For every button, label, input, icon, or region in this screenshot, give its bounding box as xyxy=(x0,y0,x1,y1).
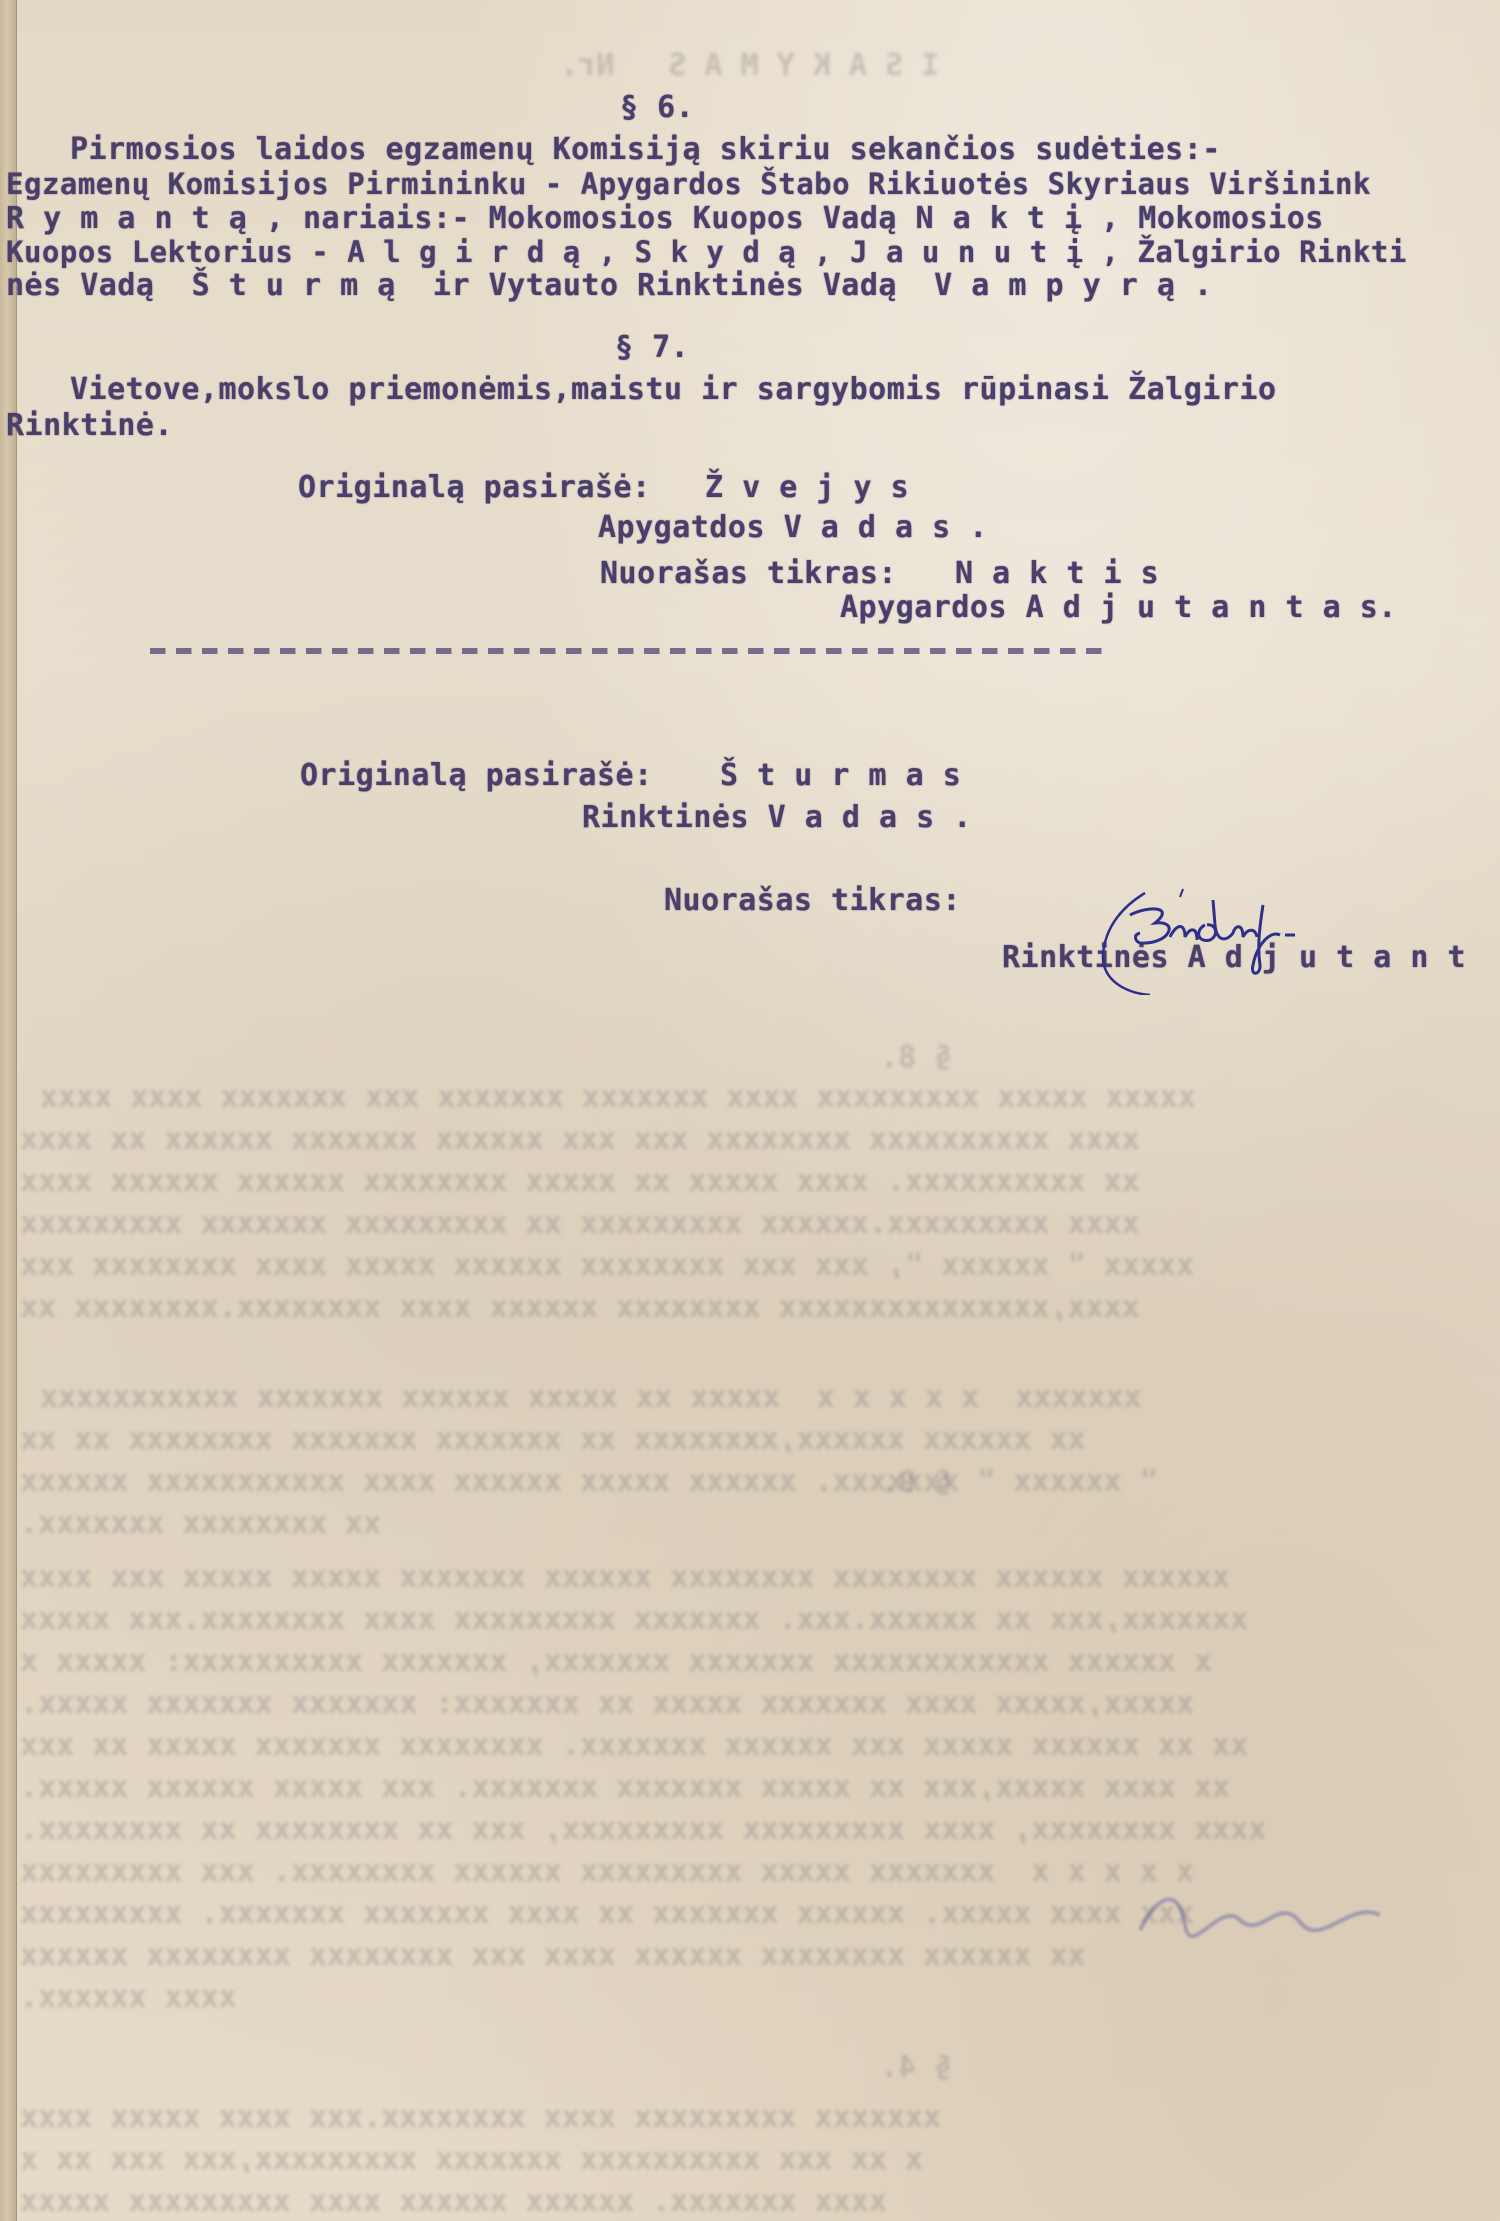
bleed-through-line: xxxx xxxxxxxxxx xxxxxxxx xxx xxx xxxxxx … xyxy=(20,1122,1140,1157)
original-signer-title-1: Apygatdos V a d a s . xyxy=(598,510,988,545)
bleed-through-line: x xxxxxx xxxxxxxxxxxx xxxxxxx xxxxxxx, x… xyxy=(20,1644,1212,1679)
bleed-through-signature-icon xyxy=(1130,1880,1390,1950)
bleed-through-line: xxxxxxx,xxx xx xxxxxx.xxx. xxxxxxx xxxxx… xyxy=(20,1602,1248,1637)
bleed-through-line: xxxxxxx xxxxxxxxx xxxx xxxxxxxx.xxx xxxx… xyxy=(20,2100,941,2135)
bleed-through-section-marker: § 9. xyxy=(880,1465,952,1500)
section-6-line-1: Pirmosios laidos egzamenų Komisiją skiri… xyxy=(70,132,1221,167)
bleed-through-line: xxxx,xxxxxxxxxxxxxxx xxxxxxxx xxxxxx xxx… xyxy=(20,1290,1140,1325)
section-6-heading: § 6. xyxy=(620,90,694,125)
bleed-through-line: x x x x x xxxxxxx xxxxx xxxxxxxxx xxxxxx… xyxy=(20,1854,1194,1889)
section-6-line-2: Egzamenų Komisijos Pirmininku - Apygardo… xyxy=(6,167,1371,201)
section-7-line-2: Rinktinė. xyxy=(6,408,173,443)
bleed-through-line: xxxxxx xxxxxx xxxxxxxx xxxxxxxx xxxxxx x… xyxy=(20,1560,1230,1595)
copy-certified-label-2: Nuorašas tikras: xyxy=(664,883,961,918)
binding-edge xyxy=(0,0,17,2221)
bleed-through-line: xx xx xxxxxx xxxxx xxx xxxxxx xxxxxxx. x… xyxy=(20,1728,1248,1763)
bleed-through-line: xxxx xxxxxxx. xxxxxx xxxxxx xxxx xxxxxxx… xyxy=(20,2184,887,2219)
bleed-through-line: xxx xxxx xxxxx. xxxxxx xxxxxxx xx xxxx x… xyxy=(20,1896,1194,1931)
bleed-through-line: " xxxxxx " xxxxxxx. xxxxxx xxxxx xxxxxx … xyxy=(20,1464,1158,1499)
copy-certifier-title-1: Apygardos A d j u t a n t a s. xyxy=(840,590,1397,625)
bleed-through-line: xxxxx,xxxxx xxxx xxxxxxx xxxxx xx xxxxxx… xyxy=(20,1686,1194,1721)
document-page: I S A K Y M A S Nr. § 8. xxxxx xxxxx xxx… xyxy=(0,0,1500,2221)
bleed-through-line: xxxx xxxxxx. xyxy=(20,1980,237,2015)
bleed-through-line: xxxxxxx x x x x x xxxxx xx xxxxx xxxxxx … xyxy=(40,1380,1142,1415)
bleed-through-header: I S A K Y M A S Nr. xyxy=(560,48,939,83)
handwritten-signature-icon xyxy=(1085,885,1385,995)
original-signed-label-1: Originalą pasirašė: xyxy=(298,470,651,505)
bleed-through-line: xxxxx xxxxx xxxxxxxxx xxxx xxxxxxx xxxxx… xyxy=(40,1080,1196,1115)
bleed-through-line: xxxxx " xxxxxx ", xxx xxx xxxxxxxx xxxxx… xyxy=(20,1248,1194,1283)
bleed-through-section-marker: § 4. xyxy=(880,2050,952,2085)
section-7-heading: § 7. xyxy=(615,330,689,365)
bleed-through-section-marker: § 8. xyxy=(880,1040,952,1075)
section-7-line-1: Vietove,mokslo priemonėmis,maistu ir sar… xyxy=(70,372,1277,407)
bleed-through-line: xx xxxxxxxxxx. xxxx xxxxx xx xxxxx xxxxx… xyxy=(20,1164,1140,1199)
original-signer-title-2: Rinktinės V a d a s . xyxy=(582,800,972,835)
copy-certified-label-1: Nuorašas tikras: xyxy=(600,556,897,591)
section-6-line-5: nės Vadą Š t u r m ą ir Vytauto Rinktinė… xyxy=(6,268,1213,303)
copy-certifier-name-1: N a k t i s xyxy=(955,556,1159,591)
original-signed-label-2: Originalą pasirašė: xyxy=(300,758,653,793)
original-signer-name-2: Š t u r m a s xyxy=(720,758,961,793)
bleed-through-line: xx xxxx xxxxx,xxx xx xxxxx xxxxxxx xxxxx… xyxy=(20,1770,1230,1805)
bleed-through-line: x xx xxx xxxxxxxxxx xxxxxxx xxxxxxxxx,xx… xyxy=(20,2142,923,2177)
original-signer-name-1: Ž v e j y s xyxy=(705,470,909,505)
section-6-line-4: Kuopos Lektorius - A l g i r d ą , S k y… xyxy=(6,235,1407,269)
bleed-through-line: xx xxxxxx xxxxxx,xxxxxxxx xx xxxxxxx xxx… xyxy=(20,1422,1086,1457)
bleed-through-line: xxxx xxxxxxxx, xxxx xxxxxxxxx xxxxxxxxx,… xyxy=(20,1812,1266,1847)
bleed-through-line: xx xxxxxx xxxxxxxx xxxxxx xxxx xxx xxxxx… xyxy=(20,1938,1086,1973)
bleed-through-line: xxxx xxxxxxxxx.xxxxxx xxxxxxxxx xx xxxxx… xyxy=(20,1206,1140,1241)
dashed-separator xyxy=(150,648,1110,654)
section-6-line-3: R y m a n t ą , nariais:- Mokomosios Kuo… xyxy=(6,201,1324,236)
bleed-through-line: xx xxxxxxxx xxxxxxx. xyxy=(20,1506,381,1541)
